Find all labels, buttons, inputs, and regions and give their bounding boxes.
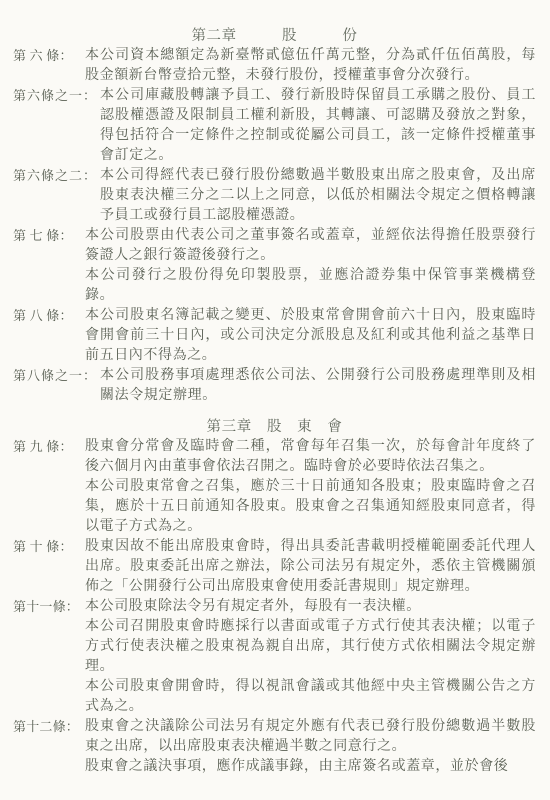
chapter-title: 第三章 股 東 會 xyxy=(13,417,536,437)
article-paragraph: 本公司發行之股份得免印製股票，並應洽證券集中保管事業機構登錄。 xyxy=(85,266,536,306)
article-row: 第十一條：本公司股東除法令另有規定者外，每股有一表決權。本公司召開股東會時應採行… xyxy=(13,597,536,717)
article-row: 第六條之二：本公司得經代表已發行股份總數過半數股東出席之股東會，及出席股東表決權… xyxy=(13,166,536,226)
article-label: 第 九 條： xyxy=(13,437,85,457)
article-paragraph: 股東因故不能出席股東會時，得出具委託書載明授權範圍委託代理人出席。股東委託出席之… xyxy=(85,537,536,597)
article-label: 第八條之一： xyxy=(13,366,100,386)
article-paragraph: 本公司得經代表已發行股份總數過半數股東出席之股東會，及出席股東表決權三分之二以上… xyxy=(100,166,536,226)
article-row: 第 十 條：股東因故不能出席股東會時，得出具委託書載明授權範圍委託代理人出席。股… xyxy=(13,537,536,597)
article-row: 第六條之一：本公司庫藏股轉讓予員工、發行新股時保留員工承購之股份、員工認股權憑證… xyxy=(13,86,536,166)
article-paragraph: 本公司召開股東會時應採行以書面或電子方式行使其表決權；以電子方式行使表決權之股東… xyxy=(85,617,536,677)
article-paragraph: 本公司股務事項處理悉依公司法、公開發行公司股務處理準則及相關法令規定辦理。 xyxy=(100,366,536,406)
article-body: 本公司股務事項處理悉依公司法、公開發行公司股務處理準則及相關法令規定辦理。 xyxy=(100,366,536,406)
article-label: 第六條之一： xyxy=(13,86,100,106)
article-body: 本公司得經代表已發行股份總數過半數股東出席之股東會，及出席股東表決權三分之二以上… xyxy=(100,166,536,226)
chapter: 第三章 股 東 會第 九 條：股東會分常會及臨時會二種，常會每年召集一次，於每會… xyxy=(13,417,536,777)
article-paragraph: 本公司庫藏股轉讓予員工、發行新股時保留員工承購之股份、員工認股權憑證及限制員工權… xyxy=(100,86,536,166)
article-label: 第 十 條： xyxy=(13,537,85,557)
article-paragraph: 本公司股東常會之召集，應於三十日前通知各股東；股東臨時會之召集，應於十五日前通知… xyxy=(85,477,536,537)
article-label: 第十二條： xyxy=(13,717,85,737)
article-body: 本公司資本總額定為新臺幣貳億伍仟萬元整，分為貳仟伍佰萬股，每股金額新台幣壹拾元整… xyxy=(85,46,536,86)
article-row: 第 七 條：本公司股票由代表公司之董事簽名或蓋章，並經依法得擔任股票發行簽證人之… xyxy=(13,226,536,306)
chapter: 第二章 股 份第 六 條：本公司資本總額定為新臺幣貳億伍仟萬元整，分為貳仟伍佰萬… xyxy=(13,26,536,406)
article-body: 股東會分常會及臨時會二種，常會每年召集一次，於每會計年度終了後六個月內由董事會依… xyxy=(85,437,536,537)
article-row: 第八條之一：本公司股務事項處理悉依公司法、公開發行公司股務處理準則及相關法令規定… xyxy=(13,366,536,406)
chapter-title: 第二章 股 份 xyxy=(13,26,536,46)
article-paragraph: 股東會分常會及臨時會二種，常會每年召集一次，於每會計年度終了後六個月內由董事會依… xyxy=(85,437,536,477)
article-paragraph: 本公司股票由代表公司之董事簽名或蓋章，並經依法得擔任股票發行簽證人之銀行簽證後發… xyxy=(85,226,536,266)
article-label: 第 八 條： xyxy=(13,306,85,326)
article-paragraph: 本公司股東會開會時，得以視訊會議或其他經中央主管機關公告之方式為之。 xyxy=(85,677,536,717)
article-paragraph: 本公司股東除法令另有規定者外，每股有一表決權。 xyxy=(85,597,536,617)
document-page: 第二章 股 份第 六 條：本公司資本總額定為新臺幣貳億伍仟萬元整，分為貳仟伍佰萬… xyxy=(0,0,550,800)
article-row: 第 九 條：股東會分常會及臨時會二種，常會每年召集一次，於每會計年度終了後六個月… xyxy=(13,437,536,537)
article-label: 第 六 條： xyxy=(13,46,85,66)
article-row: 第十二條：股東會之決議除公司法另有規定外應有代表已發行股份總數過半數股東之出席，… xyxy=(13,717,536,777)
article-body: 本公司庫藏股轉讓予員工、發行新股時保留員工承購之股份、員工認股權憑證及限制員工權… xyxy=(100,86,536,166)
article-body: 本公司股東除法令另有規定者外，每股有一表決權。本公司召開股東會時應採行以書面或電… xyxy=(85,597,536,717)
article-label: 第六條之二： xyxy=(13,166,100,186)
article-body: 本公司股東名簿記載之變更、於股東常會開會前六十日內，股東臨時會開會前三十日內，或… xyxy=(85,306,536,366)
article-paragraph: 股東會之決議除公司法另有規定外應有代表已發行股份總數過半數股東之出席，以出席股東… xyxy=(85,717,536,757)
article-paragraph: 本公司股東名簿記載之變更、於股東常會開會前六十日內，股東臨時會開會前三十日內，或… xyxy=(85,306,536,366)
article-row: 第 八 條：本公司股東名簿記載之變更、於股東常會開會前六十日內，股東臨時會開會前… xyxy=(13,306,536,366)
article-row: 第 六 條：本公司資本總額定為新臺幣貳億伍仟萬元整，分為貳仟伍佰萬股，每股金額新… xyxy=(13,46,536,86)
article-body: 股東會之決議除公司法另有規定外應有代表已發行股份總數過半數股東之出席，以出席股東… xyxy=(85,717,536,777)
article-label: 第十一條： xyxy=(13,597,85,617)
article-body: 本公司股票由代表公司之董事簽名或蓋章，並經依法得擔任股票發行簽證人之銀行簽證後發… xyxy=(85,226,536,306)
article-paragraph: 本公司資本總額定為新臺幣貳億伍仟萬元整，分為貳仟伍佰萬股，每股金額新台幣壹拾元整… xyxy=(85,46,536,86)
article-body: 股東因故不能出席股東會時，得出具委託書載明授權範圍委託代理人出席。股東委託出席之… xyxy=(85,537,536,597)
article-paragraph: 股東會之議決事項，應作成議事錄，由主席簽名或蓋章，並於會後 xyxy=(85,757,536,777)
article-label: 第 七 條： xyxy=(13,226,85,246)
